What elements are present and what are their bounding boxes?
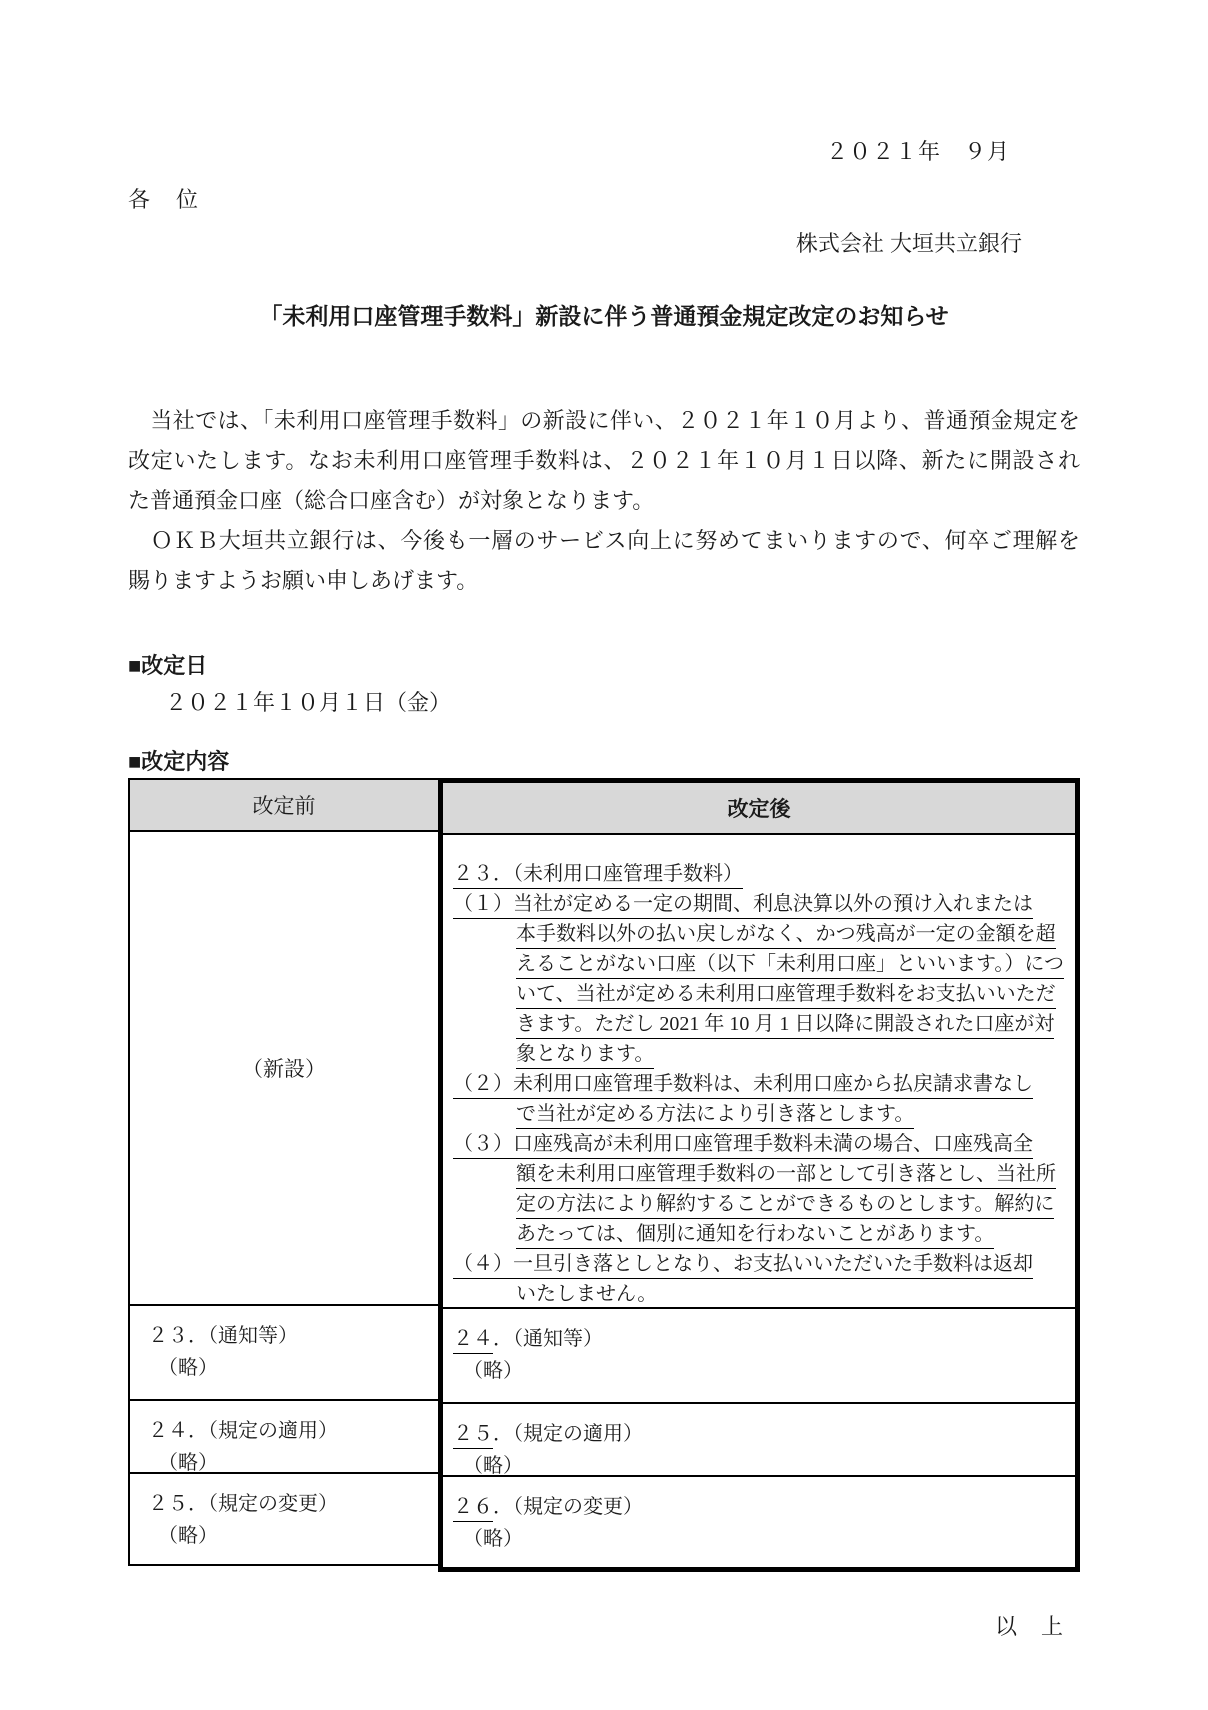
revised-text-line: えることがない口座（以下「未利用口座」といいます。）につ (516, 949, 1065, 979)
underlined-text: （３）口座残高が未利用口座管理手数料未満の場合、口座残高全 (453, 1133, 1033, 1159)
paragraph: ＯＫＢ大垣共立銀行は、今後も一層のサービス向上に努めてまいりますので、何卒ご理解… (128, 521, 1080, 601)
table-cell-before: ２５．（規定の変更）（略） (130, 1472, 438, 1564)
clause-note: （略） (463, 1355, 1075, 1387)
underlined-text: で当社が定める方法により引き落とします。 (516, 1103, 914, 1129)
underlined-text: （４）一旦引き落としとなり、お支払いいただいた手数料は返却 (453, 1253, 1033, 1279)
table-cell-before: ２３．（通知等）（略） (130, 1304, 438, 1399)
column-after: 改定後 ２３．（未利用口座管理手数料）（１）当社が定める一定の期間、利息決算以外… (438, 778, 1080, 1572)
revised-text-line: 本手数料以外の払い戻しがなく、かつ残高が一定の金額を超 (516, 919, 1065, 949)
revised-text-line: （３）口座残高が未利用口座管理手数料未満の場合、口座残高全 (453, 1129, 1065, 1159)
revised-text-line: あたっては、個別に通知を行わないことがあります。 (516, 1219, 1065, 1249)
paragraph-line: 改定いたします。なお未利用口座管理手数料は、２０２１年１０月１日以降、新たに開設… (128, 441, 1080, 481)
salutation: 各 位 (128, 183, 1080, 214)
clause-title: ２６．（規定の変更） (453, 1491, 1075, 1523)
revised-text-line: いたしません。 (516, 1279, 1065, 1309)
revised-text-line: いて、当社が定める未利用口座管理手数料をお支払いいただ (516, 979, 1065, 1009)
revised-text-line: 額を未利用口座管理手数料の一部として引き落とし、当社所 (516, 1159, 1065, 1189)
revision-date-heading: ■改定日 (128, 649, 1080, 680)
paragraph-line: 賜りますようお願い申しあげます。 (128, 561, 1080, 601)
clause-note: （略） (158, 1520, 438, 1552)
column-before: 改定前 （新設） ２３．（通知等）（略）２４．（規定の適用）（略）２５．（規定の… (128, 778, 438, 1566)
clause-title: ２３．（通知等） (148, 1320, 438, 1352)
clause-title-text: ．（通知等） (493, 1328, 603, 1350)
underlined-text: 額を未利用口座管理手数料の一部として引き落とし、当社所 (516, 1163, 1056, 1189)
table-cell-after: ２６．（規定の変更）（略） (443, 1475, 1075, 1567)
document-title: 「未利用口座管理手数料」新設に伴う普通預金規定改定のお知らせ (128, 298, 1080, 331)
revised-text-line: （１）当社が定める一定の期間、利息決算以外の預け入れまたは (453, 889, 1065, 919)
revised-text-line: きます。ただし 2021 年 10 月 1 日以降に開設された口座が対 (516, 1009, 1065, 1039)
revised-text-line: 象となります。 (516, 1039, 1065, 1069)
body-paragraphs: 当社では、「未利用口座管理手数料」の新設に伴い、２０２１年１０月より、普通預金規… (128, 401, 1080, 601)
underlined-text: 本手数料以外の払い戻しがなく、かつ残高が一定の金額を超 (516, 923, 1056, 949)
paragraph-line: た普通預金口座（総合口座含む）が対象となります。 (128, 481, 1080, 521)
document-page: ２０２１年 ９月 各 位 株式会社 大垣共立銀行 「未利用口座管理手数料」新設に… (128, 0, 1080, 1641)
clause-note: （略） (158, 1352, 438, 1384)
clause-title: ２４．（通知等） (453, 1323, 1075, 1355)
company-name: 株式会社 大垣共立銀行 (128, 227, 1080, 258)
underlined-clause-number: ２６ (453, 1496, 493, 1522)
underlined-text: 象となります。 (516, 1043, 654, 1069)
table-cell-after: ２４．（通知等）（略） (443, 1307, 1075, 1402)
revised-text-line: 定の方法により解約することができるものとします。解約に (516, 1189, 1065, 1219)
header-cell-after: 改定後 (443, 783, 1075, 833)
paragraph-line: 当社では、「未利用口座管理手数料」の新設に伴い、２０２１年１０月より、普通預金規… (128, 401, 1080, 441)
new-establishment-label: （新設） (242, 1053, 326, 1083)
underlined-text: いたしません。 (516, 1283, 657, 1309)
revised-text-line: ２３．（未利用口座管理手数料） (453, 859, 1065, 889)
underlined-text: あたっては、個別に通知を行わないことがあります。 (516, 1223, 994, 1249)
main-cell-after: ２３．（未利用口座管理手数料）（１）当社が定める一定の期間、利息決算以外の預け入… (443, 833, 1075, 1307)
header-cell-before: 改定前 (130, 780, 438, 830)
clause-title-text: ．（規定の変更） (493, 1496, 643, 1518)
underlined-text: 定の方法により解約することができるものとします。解約に (516, 1193, 1054, 1219)
clause-title: ２５．（規定の適用） (453, 1418, 1075, 1450)
document-date: ２０２１年 ９月 (128, 135, 1080, 166)
underlined-text: きます。ただし 2021 年 10 月 1 日以降に開設された口座が対 (516, 1013, 1054, 1039)
table-cell-after: ２５．（規定の適用）（略） (443, 1402, 1075, 1475)
table-cell-before: ２４．（規定の適用）（略） (130, 1399, 438, 1472)
revised-text-line: （２）未利用口座管理手数料は、未利用口座から払戻請求書なし (453, 1069, 1065, 1099)
clause-title-text: ．（規定の適用） (493, 1423, 643, 1445)
paragraph-line: ＯＫＢ大垣共立銀行は、今後も一層のサービス向上に努めてまいりますので、何卒ご理解… (128, 521, 1080, 561)
revision-date-value: ２０２１年１０月１日（金） (128, 686, 1080, 717)
closing-mark: 以 上 (128, 1610, 1080, 1641)
underlined-text: （２）未利用口座管理手数料は、未利用口座から払戻請求書なし (453, 1073, 1033, 1099)
revision-content-heading: ■改定内容 (128, 745, 1080, 776)
underlined-clause-number: ２４ (453, 1328, 493, 1354)
underlined-clause-number: ２５ (453, 1423, 493, 1449)
clause-title: ２５．（規定の変更） (148, 1488, 438, 1520)
revised-text-line: で当社が定める方法により引き落とします。 (516, 1099, 1065, 1129)
paragraph: 当社では、「未利用口座管理手数料」の新設に伴い、２０２１年１０月より、普通預金規… (128, 401, 1080, 521)
main-cell-before: （新設） (130, 830, 438, 1304)
underlined-text: えることがない口座（以下「未利用口座」といいます。）につ (516, 953, 1064, 979)
underlined-text: ２３．（未利用口座管理手数料） (453, 863, 743, 889)
underlined-text: いて、当社が定める未利用口座管理手数料をお支払いいただ (516, 983, 1056, 1009)
clause-title: ２４．（規定の適用） (148, 1415, 438, 1447)
clause-note: （略） (463, 1523, 1075, 1555)
revision-table: 改定前 （新設） ２３．（通知等）（略）２４．（規定の適用）（略）２５．（規定の… (128, 778, 1080, 1572)
underlined-text: （１）当社が定める一定の期間、利息決算以外の預け入れまたは (453, 893, 1033, 919)
revised-text-line: （４）一旦引き落としとなり、お支払いいただいた手数料は返却 (453, 1249, 1065, 1279)
